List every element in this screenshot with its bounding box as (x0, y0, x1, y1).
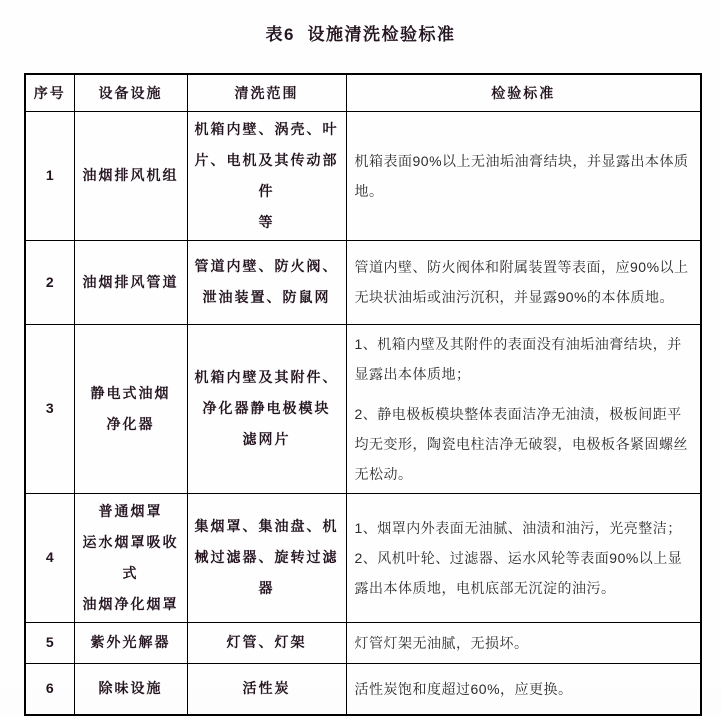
document-page: 表6 设施清洗检验标准 序号 设备设施 清洗范围 检验标准 1 油烟排风机组 机… (0, 0, 721, 688)
cell-scope: 管道内壁、防火阀、 泄油装置、防鼠网 (187, 240, 346, 324)
cell-standard: 管道内壁、防火阀体和附属装置等表面，应90%以上无块状油垢或油污沉积，并显露90… (346, 240, 701, 324)
table-row: 6 除味设施 活性炭 活性炭饱和度超过60%，应更换。 (25, 663, 701, 715)
cell-equipment: 除味设施 (74, 663, 187, 715)
cell-equipment: 油烟排风管道 (74, 240, 187, 324)
cell-standard: 活性炭饱和度超过60%，应更换。 (346, 663, 701, 715)
cell-standard: 灯管灯架无油腻，无损坏。 (346, 622, 701, 663)
cell-scope: 活性炭 (187, 663, 346, 715)
column-header-standard: 检验标准 (346, 74, 701, 111)
cell-no: 5 (25, 622, 74, 663)
cell-standard: 1、机箱内壁及其附件的表面没有油垢油膏结块，并显露出本体质地； 2、静电极板模块… (346, 324, 701, 493)
cell-scope: 机箱内壁、涡壳、叶 片、电机及其传动部件 等 (187, 111, 346, 240)
cell-equipment: 油烟排风机组 (74, 111, 187, 240)
cell-no: 4 (25, 493, 74, 622)
cell-scope: 灯管、灯架 (187, 622, 346, 663)
table-row: 4 普通烟罩 运水烟罩吸收式 油烟净化烟罩 集烟罩、集油盘、机 械过滤器、旋转过… (25, 493, 701, 622)
cell-no: 3 (25, 324, 74, 493)
cell-standard: 1、烟罩内外表面无油腻、油渍和油污，光亮整洁；2、风机叶轮、过滤器、运水风轮等表… (346, 493, 701, 622)
page-title: 表6 设施清洗检验标准 (0, 20, 721, 45)
standard-paragraph-1: 1、机箱内壁及其附件的表面没有油垢油膏结块，并显露出本体质地； (355, 329, 693, 389)
column-header-no: 序号 (25, 74, 74, 111)
cell-equipment: 紫外光解器 (74, 622, 187, 663)
column-header-scope: 清洗范围 (187, 74, 346, 111)
cell-no: 6 (25, 663, 74, 715)
header-row: 序号 设备设施 清洗范围 检验标准 (25, 74, 701, 111)
cell-no: 2 (25, 240, 74, 324)
table-row: 3 静电式油烟 净化器 机箱内壁及其附件、 净化器静电极模块 滤网片 1、机箱内… (25, 324, 701, 493)
table-row: 5 紫外光解器 灯管、灯架 灯管灯架无油腻，无损坏。 (25, 622, 701, 663)
cell-equipment: 普通烟罩 运水烟罩吸收式 油烟净化烟罩 (74, 493, 187, 622)
column-header-equipment: 设备设施 (74, 74, 187, 111)
standards-table: 序号 设备设施 清洗范围 检验标准 1 油烟排风机组 机箱内壁、涡壳、叶 片、电… (24, 73, 702, 716)
cell-no: 1 (25, 111, 74, 240)
cell-scope: 机箱内壁及其附件、 净化器静电极模块 滤网片 (187, 324, 346, 493)
table-row: 2 油烟排风管道 管道内壁、防火阀、 泄油装置、防鼠网 管道内壁、防火阀体和附属… (25, 240, 701, 324)
table-row: 1 油烟排风机组 机箱内壁、涡壳、叶 片、电机及其传动部件 等 机箱表面90%以… (25, 111, 701, 240)
cell-scope: 集烟罩、集油盘、机 械过滤器、旋转过滤器 (187, 493, 346, 622)
standard-paragraph-2: 2、静电极板模块整体表面洁净无油渍，极板间距平均无变形，陶瓷电柱洁净无破裂，电极… (355, 399, 693, 489)
cell-equipment: 静电式油烟 净化器 (74, 324, 187, 493)
cell-standard: 机箱表面90%以上无油垢油膏结块，并显露出本体质地。 (346, 111, 701, 240)
